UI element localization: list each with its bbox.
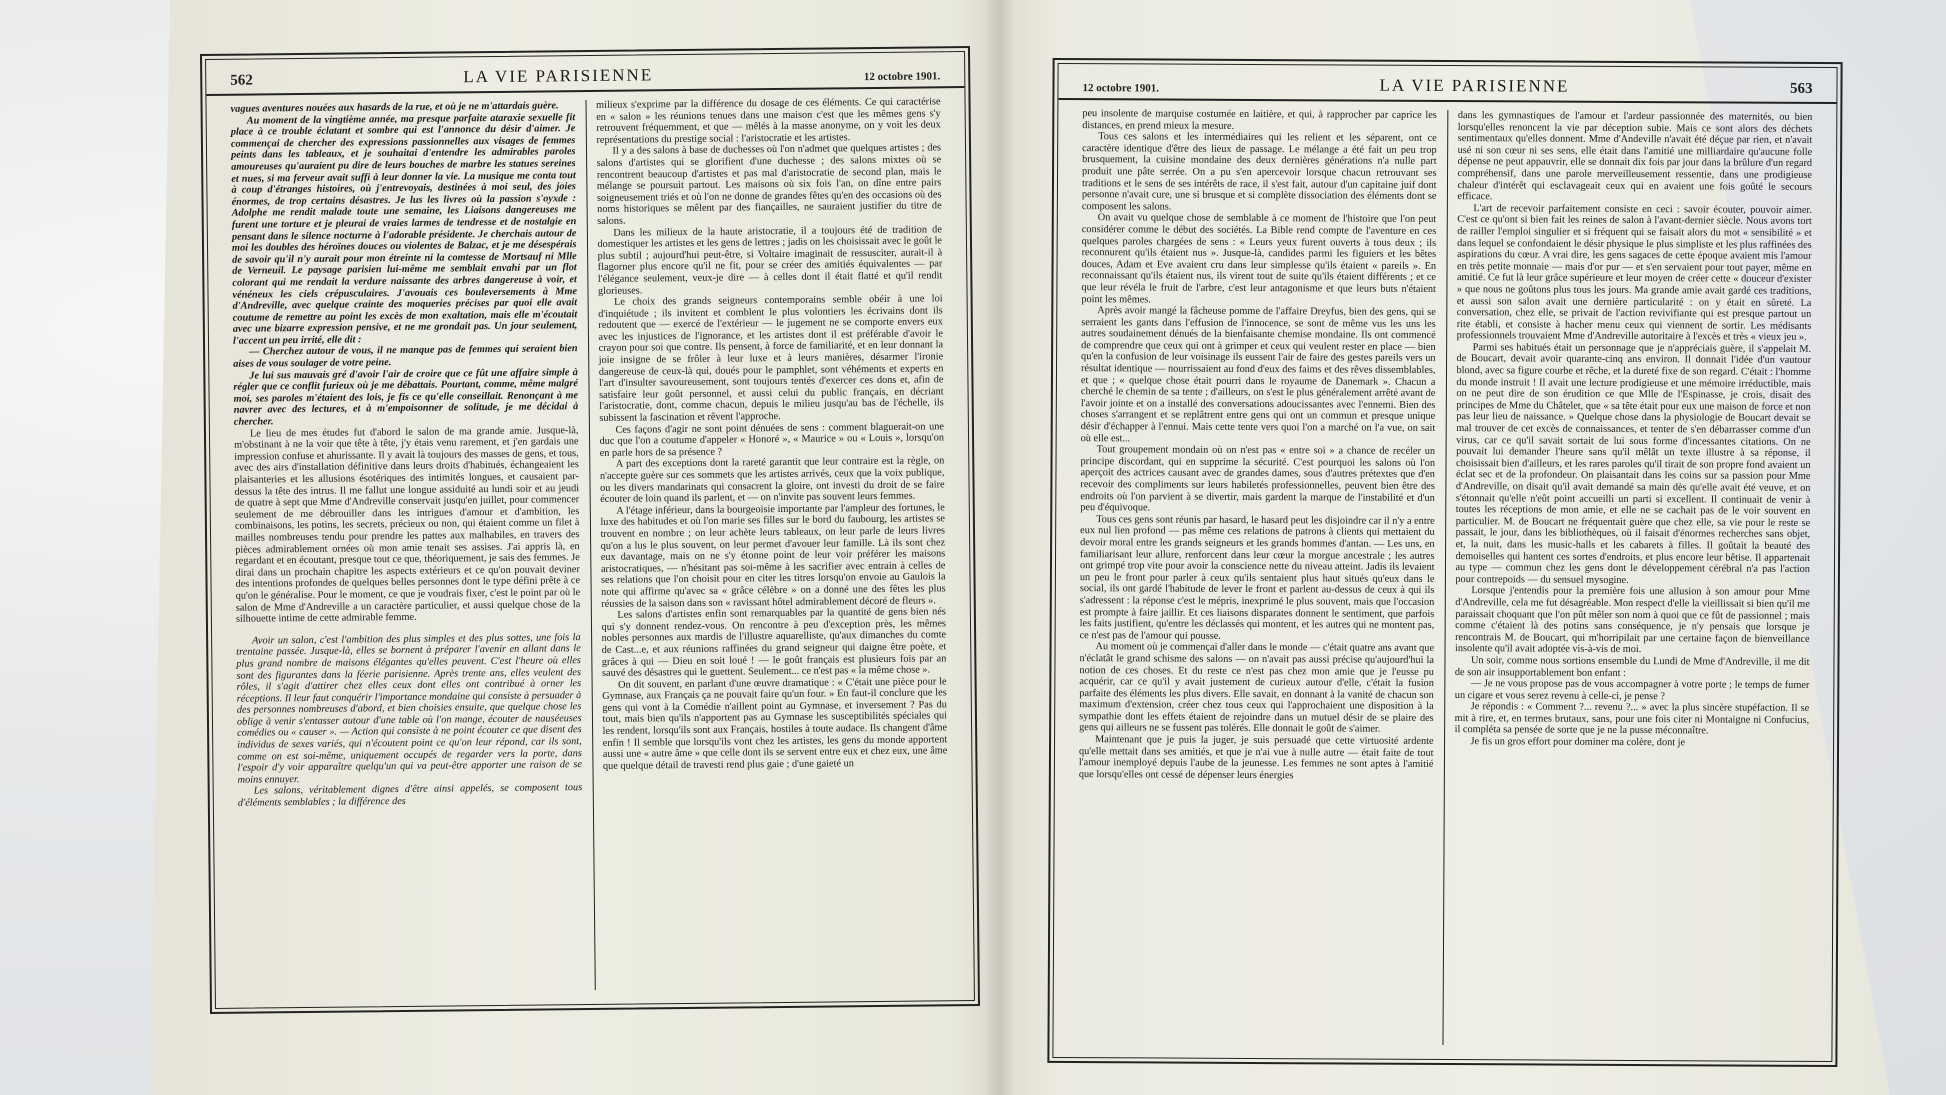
page-frame: 12 octobre 1901. LA VIE PARISIENNE 563 p…	[1052, 63, 1837, 1062]
paragraph: milieux s'exprime par la différence du d…	[596, 96, 941, 146]
spine-gutter	[985, 0, 1015, 1095]
paragraph: Le lieu de mes études fut d'abord le sal…	[234, 425, 581, 626]
column-1: vagues aventures nouées aux hasards de l…	[221, 100, 596, 994]
paragraph: Je fis un gros effort pour dominer ma co…	[1455, 736, 1810, 749]
masthead-title: LA VIE PARISIENNE	[463, 65, 653, 87]
paragraph: Parmi ses habitués était un personnage q…	[1455, 342, 1811, 587]
paragraph: Au moment de la vingtième année, ma pres…	[231, 112, 578, 347]
page-header: 12 octobre 1901. LA VIE PARISIENNE 563	[1058, 64, 1836, 104]
masthead-title: LA VIE PARISIENNE	[1380, 76, 1570, 97]
paragraph: Les salons, véritablement dignes d'être …	[238, 783, 583, 810]
paragraph: Les salons d'artistes enfin sont remarqu…	[601, 606, 946, 679]
paragraph: A l'étage inférieur, dans la bourgeoisie…	[600, 502, 946, 610]
paragraph: dans les gymnastiques de l'amour et l'ar…	[1457, 110, 1812, 205]
paragraph: Tout groupement mondain où on n'est pas …	[1080, 444, 1435, 515]
paragraph: Je lui sus mauvais gré d'avoir l'air de …	[233, 367, 578, 429]
paragraph: L'art de recevoir parfaitement consiste …	[1457, 203, 1812, 344]
paragraph: Le choix des grands seigneurs contempora…	[598, 293, 944, 424]
paragraph: Je répondis : « Comment ?... revenu ?...…	[1455, 701, 1810, 738]
issue-date: 12 octobre 1901.	[1082, 82, 1159, 94]
text-columns: vagues aventures nouées aux hasards de l…	[206, 88, 973, 994]
paragraph: Tous ces gens sont réunis par hasard, le…	[1080, 514, 1435, 643]
paragraph: Au moment où je commençai d'aller dans l…	[1079, 641, 1434, 736]
page-563: 12 octobre 1901. LA VIE PARISIENNE 563 p…	[1047, 58, 1842, 1067]
paragraph: A part des exceptions dont la rareté gar…	[600, 456, 945, 506]
column-2: dans les gymnastiques de l'amour et l'ar…	[1443, 110, 1822, 1047]
paragraph: Maintenant que je puis la juger, je suis…	[1079, 734, 1434, 782]
page-frame: 562 LA VIE PARISIENNE 12 octobre 1901. v…	[205, 51, 975, 1009]
paragraph: On dit souvent, en parlant d'une œuvre d…	[602, 676, 947, 772]
paragraph: On avait vu quelque chose de semblable à…	[1081, 212, 1436, 307]
paragraph: Il y a des salons à base de duchesses où…	[596, 143, 941, 228]
page-number: 563	[1790, 81, 1813, 98]
paragraph: Tous ces salons et les intermédiaires qu…	[1082, 131, 1437, 214]
paragraph: Avoir un salon, c'est l'ambition des plu…	[236, 632, 582, 786]
paragraph: Ces façons d'agir ne sont point dénuées …	[599, 421, 944, 459]
issue-date: 12 octobre 1901.	[864, 70, 941, 83]
text-columns: peu insolente de marquise costumée en la…	[1053, 100, 1836, 1047]
paragraph: Après avoir mangé la fâcheuse pomme de l…	[1081, 305, 1436, 446]
column-2: milieux s'exprime par la différence du d…	[586, 96, 960, 990]
column-1: peu insolente de marquise costumée en la…	[1067, 108, 1447, 1045]
paragraph: — Je ne vous propose pas de vous accompa…	[1455, 678, 1810, 703]
paragraph: Dans les milieux de la haute aristocrati…	[597, 224, 942, 297]
paragraph: peu insolente de marquise costumée en la…	[1082, 108, 1437, 133]
paragraph: Lorsque j'entendis pour la première fois…	[1455, 585, 1810, 656]
page-562: 562 LA VIE PARISIENNE 12 octobre 1901. v…	[200, 46, 980, 1014]
paragraph: Un soir, comme nous sortions ensemble du…	[1455, 655, 1810, 680]
page-number: 562	[230, 73, 253, 90]
